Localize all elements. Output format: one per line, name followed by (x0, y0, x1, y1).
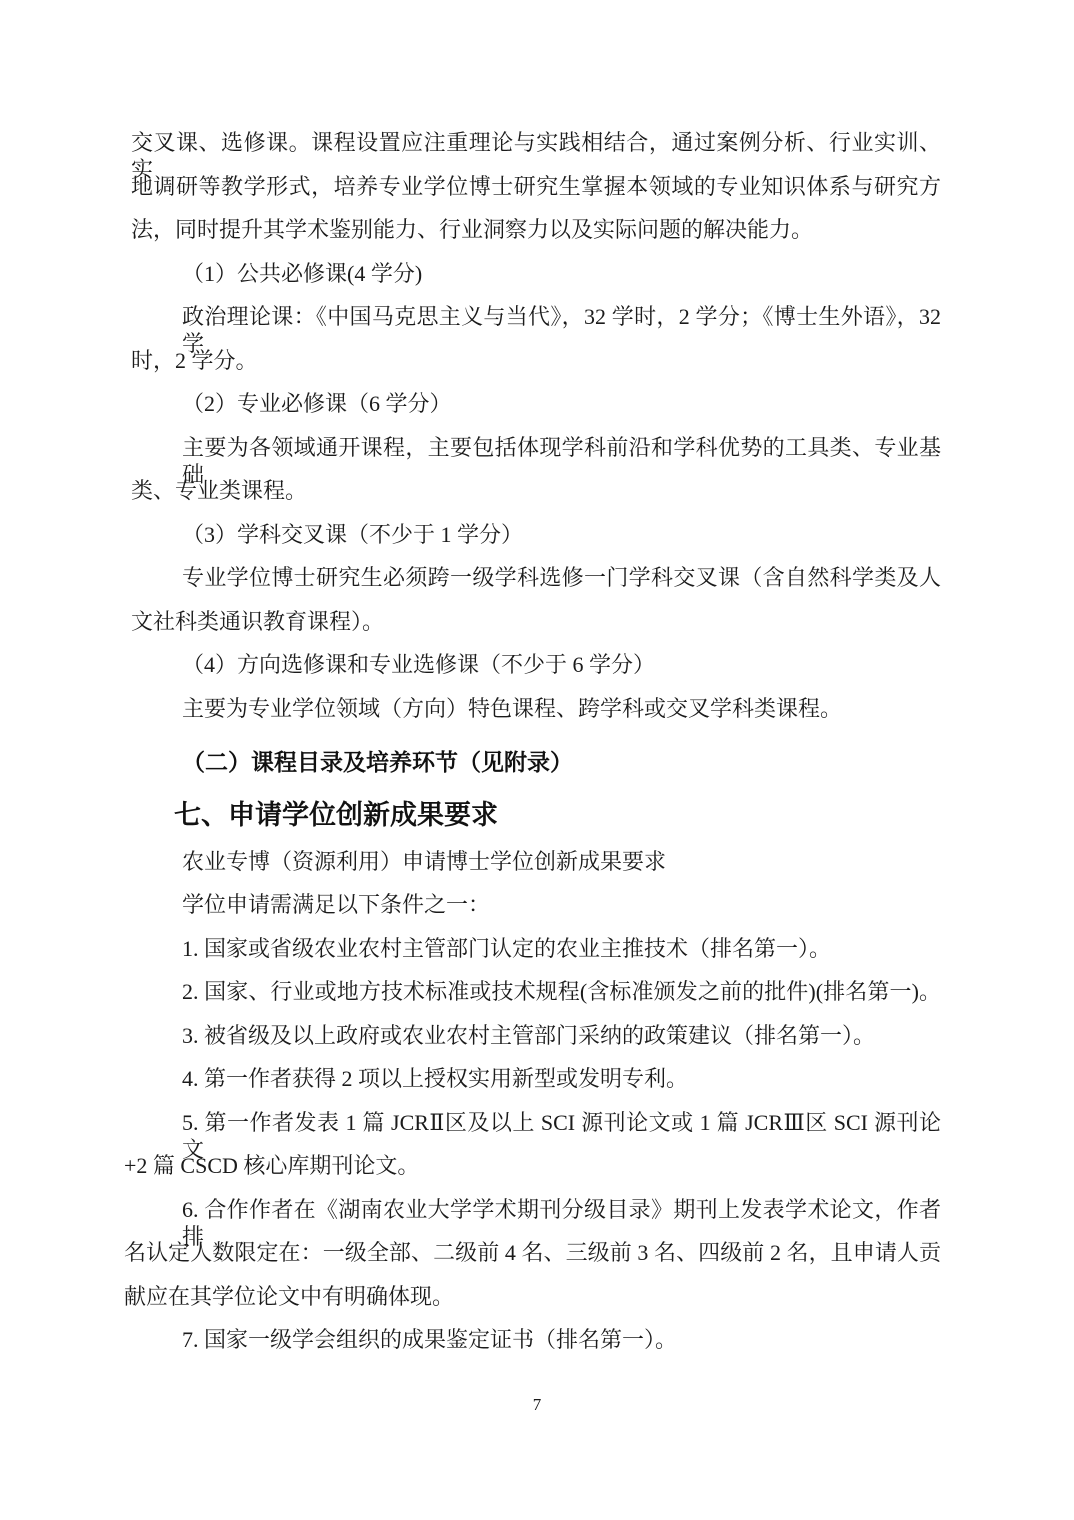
body-text-line: 法，同时提升其学术鉴别能力、行业洞察力以及实际问题的解决能力。 (131, 216, 941, 243)
body-text-line: 名认定人数限定在：一级全部、二级前 4 名、三级前 3 名、四级前 2 名，且申… (124, 1239, 941, 1266)
document-page: 交叉课、选修课。课程设置应注重理论与实践相结合，通过案例分析、行业实训、实 地调… (0, 0, 1074, 1520)
body-text-line: +2 篇 CSCD 核心库期刊论文。 (124, 1152, 941, 1179)
body-text-line: 时，2 学分。 (131, 347, 941, 374)
subsection-heading-catalog: （二）课程目录及培养环节（见附录） (182, 749, 962, 776)
body-text-line: 文社科类通识教育课程）。 (131, 608, 941, 635)
list-item-line: （3）学科交叉课（不少于 1 学分） (182, 521, 941, 548)
body-text-line: 主要为专业学位领域（方向）特色课程、跨学科或交叉学科类课程。 (182, 695, 941, 722)
section-heading-innovation: 七、申请学位创新成果要求 (174, 802, 974, 829)
list-item-line: 7. 国家一级学会组织的成果鉴定证书（排名第一）。 (182, 1326, 941, 1353)
list-item-line: （2）专业必修课（6 学分） (182, 390, 941, 417)
body-text-line: 学位申请需满足以下条件之一： (182, 891, 941, 918)
list-item-line: 3. 被省级及以上政府或农业农村主管部门采纳的政策建议（排名第一）。 (182, 1022, 941, 1049)
list-item-line: 1. 国家或省级农业农村主管部门认定的农业主推技术（排名第一）。 (182, 935, 941, 962)
list-item-line: 4. 第一作者获得 2 项以上授权实用新型或发明专利。 (182, 1065, 941, 1092)
body-text-line: 地调研等教学形式，培养专业学位博士研究生掌握本领域的专业知识体系与研究方 (131, 173, 941, 200)
body-text-line: 农业专博（资源利用）申请博士学位创新成果要求 (182, 848, 941, 875)
body-text-line: 专业学位博士研究生必须跨一级学科选修一门学科交叉课（含自然科学类及人 (182, 564, 941, 591)
list-item-line: （1）公共必修课(4 学分) (182, 260, 941, 287)
page-number: 7 (0, 1391, 1074, 1418)
body-text-line: 献应在其学位论文中有明确体现。 (124, 1283, 941, 1310)
list-item-line: 2. 国家、行业或地方技术标准或技术规程(含标准颁发之前的批件)(排名第一)。 (182, 978, 941, 1005)
list-item-line: （4）方向选修课和专业选修课（不少于 6 学分） (182, 651, 941, 678)
body-text-line: 类、专业类课程。 (131, 477, 941, 504)
